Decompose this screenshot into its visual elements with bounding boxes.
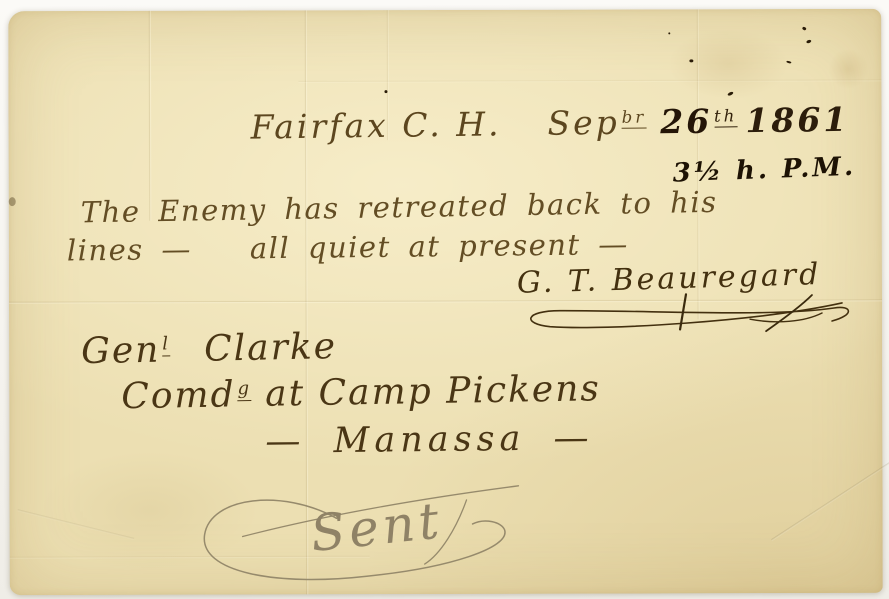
paper-stain bbox=[668, 29, 788, 99]
time-notation: 3½ h. P.M. bbox=[672, 152, 856, 189]
scanned-document-photo: Fairfax C. H.Sepbr26th1861 3½ h. P.M. Th… bbox=[0, 0, 889, 599]
addressee-rank: Gen bbox=[81, 330, 161, 373]
corner-crease-diagonal bbox=[771, 449, 889, 541]
dateline-place: Fairfax C. H. bbox=[250, 104, 501, 146]
body-line-2-start: lines — bbox=[67, 232, 192, 267]
docket: Sent bbox=[184, 478, 529, 599]
paper-stain bbox=[828, 49, 868, 89]
dateline-day-superscript: th bbox=[714, 107, 738, 128]
addressee-name: Clarke bbox=[204, 326, 338, 370]
dateline: Fairfax C. H.Sepbr26th1861 bbox=[250, 100, 849, 147]
dateline-day: 26 bbox=[660, 102, 712, 142]
letter-paper: Fairfax C. H.Sepbr26th1861 3½ h. P.M. Th… bbox=[8, 9, 883, 595]
addressee-command-rest: at Camp Pickens bbox=[265, 368, 601, 415]
body-line-2: lines —all quiet at present — bbox=[67, 227, 629, 267]
fold-crease-vertical bbox=[148, 11, 152, 221]
ink-speck bbox=[668, 32, 670, 34]
ink-speck bbox=[806, 39, 812, 44]
body-line-1: The Enemy has retreated back to his bbox=[81, 185, 718, 230]
addressee-location: — Manassa — bbox=[265, 418, 594, 462]
edge-spot bbox=[9, 197, 16, 206]
dateline-year: 1861 bbox=[745, 100, 849, 140]
addressee-command: Comdgat Camp Pickens bbox=[121, 368, 601, 417]
addressee-command-abbrev: Comd bbox=[121, 374, 236, 417]
signature-flourish bbox=[514, 293, 859, 342]
addressee-command-superscript: g bbox=[237, 378, 251, 401]
fold-crease-horizontal bbox=[298, 79, 881, 84]
addressee-rank-superscript: l bbox=[162, 334, 170, 357]
dateline-month: Sep bbox=[547, 103, 620, 143]
body-line-2-end: all quiet at present — bbox=[250, 227, 629, 265]
addressee-rank-name: GenlClarke bbox=[81, 326, 338, 372]
dateline-month-superscript: br bbox=[622, 108, 647, 129]
ink-speck bbox=[802, 26, 807, 31]
ink-speck bbox=[384, 90, 387, 93]
ink-speck bbox=[689, 59, 693, 62]
